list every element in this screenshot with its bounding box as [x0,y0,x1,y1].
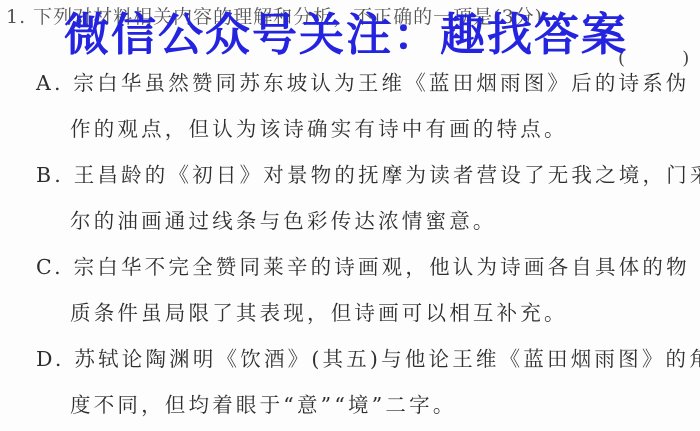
document-page: 1. 下列对材料相关内容的理解和分析，不正确的一项是(3分) ( ) A. 宗白… [0,0,700,431]
watermark-overlay: 微信公众号关注：趣找答案 [64,12,628,57]
option-d-line-1: D. 苏轼论陶渊明《饮酒》(其五)与他论王维《蓝田烟雨图》的角 [36,342,700,372]
option-c-line-2: 质条件虽局限了其表现，但诗画可以相互补充。 [70,296,568,326]
option-d-line-2: 度不同，但均着眼于“意”“境”二字。 [70,388,457,418]
option-a-line-1: A. 宗白华虽然赞同苏东坡认为王维《蓝田烟雨图》后的诗系伪 [36,66,690,96]
option-b-line-2: 尔的油画通过线条与色彩传达浓情蜜意。 [70,204,497,234]
option-c-line-1: C. 宗白华不完全赞同莱辛的诗画观，他认为诗画各自具体的物 [36,250,690,280]
option-a-line-2: 作的观点，但认为该诗确实有诗中有画的特点。 [70,112,568,142]
option-b-line-1: B. 王昌龄的《初日》对景物的抚摩为读者营设了无我之境，门采 [36,158,700,188]
